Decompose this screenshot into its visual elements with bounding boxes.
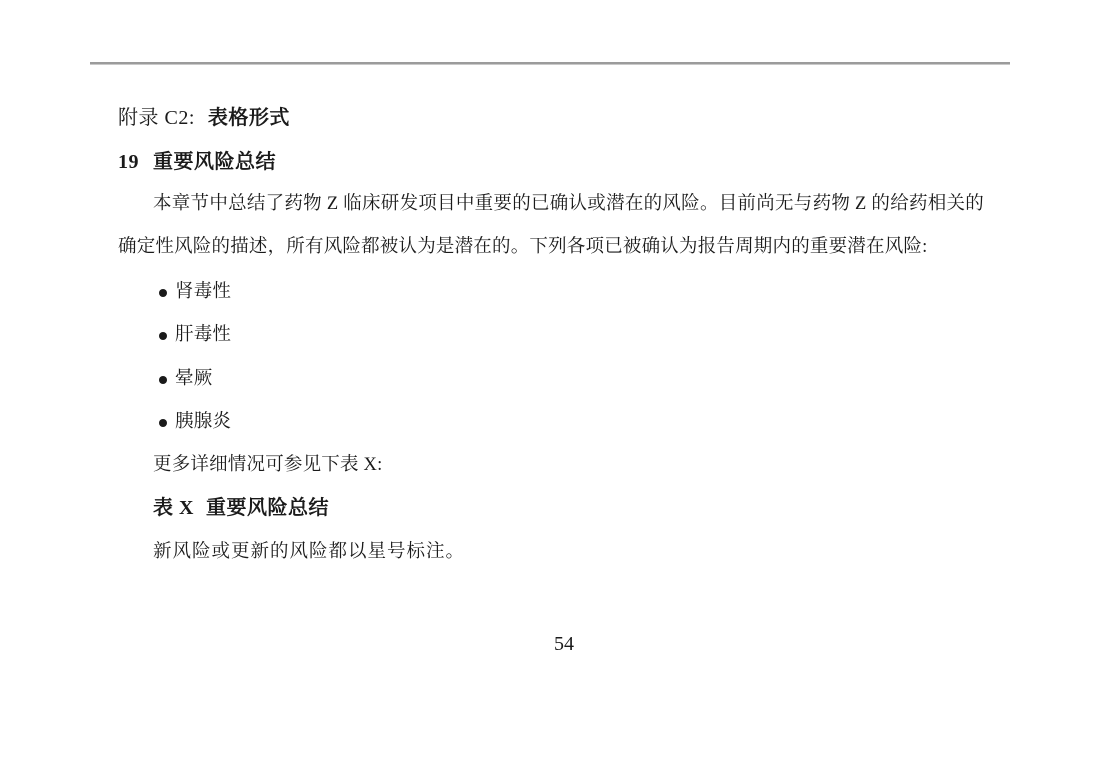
table-caption-label: 表 X (153, 497, 194, 519)
bullet-icon (159, 376, 167, 384)
bullet-icon (159, 289, 167, 297)
list-item: 晕厥 (118, 358, 231, 401)
appendix-title: 表格形式 (208, 107, 290, 129)
bullet-icon (159, 419, 167, 427)
header-divider (90, 62, 1010, 65)
risk-list: 肾毒性 肝毒性 晕厥 胰腺炎 (118, 271, 231, 445)
list-item-label: 晕厥 (175, 369, 212, 389)
list-item: 胰腺炎 (118, 401, 231, 444)
list-item: 肾毒性 (118, 271, 231, 314)
section-number: 19 (118, 151, 139, 173)
page-number: 54 (554, 633, 574, 655)
bullet-icon (159, 332, 167, 340)
appendix-heading: 附录 C2:表格形式 (118, 103, 290, 133)
table-caption-title: 重要风险总结 (206, 497, 329, 519)
appendix-label: 附录 C2: (118, 107, 195, 129)
body-paragraph: 本章节中总结了药物 Z 临床研发项目中重要的已确认或潜在的风险。目前尚无与药物 … (118, 183, 984, 270)
section-title: 重要风险总结 (153, 151, 276, 173)
list-item-label: 肝毒性 (175, 325, 231, 345)
note-text: 新风险或更新的风险都以星号标注。 (153, 537, 465, 567)
document-page: 附录 C2:表格形式 19重要风险总结 本章节中总结了药物 Z 临床研发项目中重… (0, 0, 1100, 777)
more-details-text: 更多详细情况可参见下表 X: (153, 450, 382, 480)
table-caption: 表 X重要风险总结 (153, 493, 329, 523)
list-item-label: 胰腺炎 (175, 412, 231, 432)
section-heading: 19重要风险总结 (118, 147, 276, 177)
list-item: 肝毒性 (118, 314, 231, 357)
list-item-label: 肾毒性 (175, 282, 231, 302)
page-footer: 54 (118, 630, 1010, 658)
